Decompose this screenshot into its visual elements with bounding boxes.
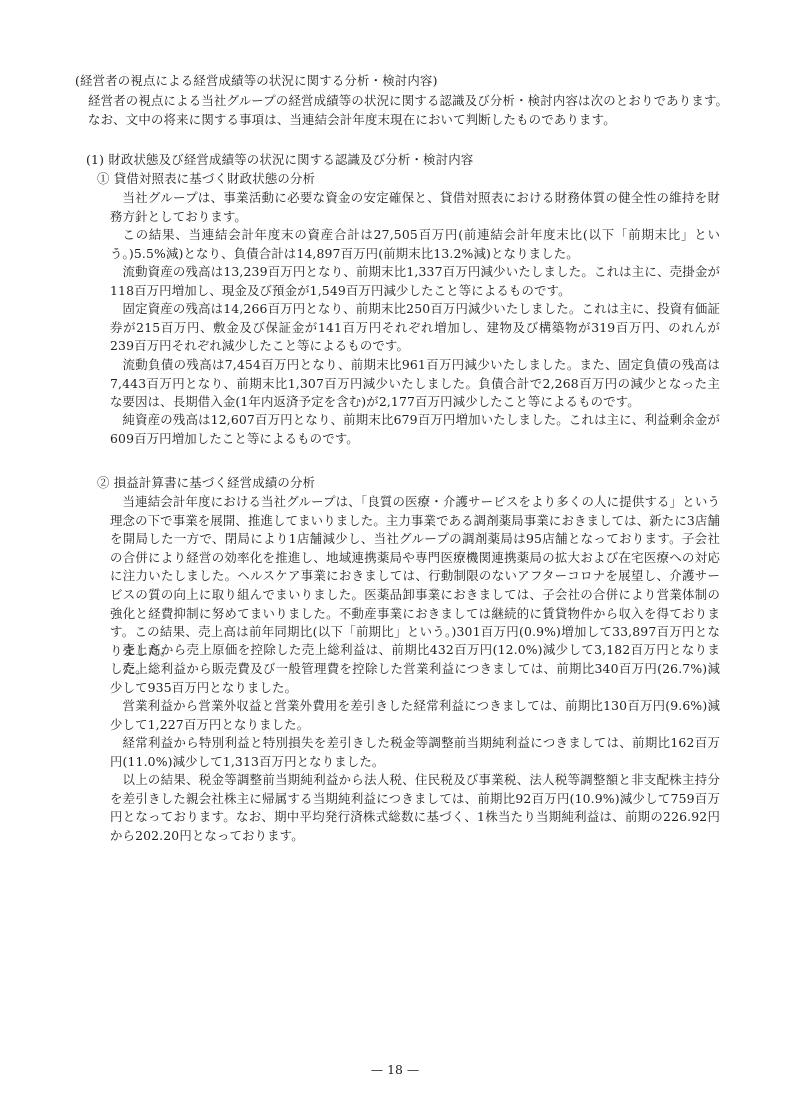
paragraph: 当社グループは、事業活動に必要な資金の安定確保と、貸借対照表における財務体質の健… <box>110 189 720 226</box>
paragraph: 流動資産の残高は13,239百万円となり、前期末比1,337百万円減少いたしまし… <box>110 263 720 300</box>
paragraph: 流動負債の残高は7,454百万円となり、前期末比961百万円減少いたしました。ま… <box>110 356 720 412</box>
subsection-title: (1) 財政状態及び経営成績等の状況に関する認識及び分析・検討内容 <box>86 151 473 169</box>
page-number: — 18 — <box>0 1061 790 1079</box>
paragraph: この結果、当連結会計年度末の資産合計は27,505百万円(前連結会計年度末比(以… <box>110 226 720 263</box>
paragraph: 営業利益から営業外収益と営業外費用を差引きした経常利益につきましては、前期比13… <box>110 697 720 734</box>
intro-line: なお、文中の将来に関する事項は、当連結会計年度末現在において判断したものでありま… <box>88 111 616 129</box>
paragraph: 純資産の残高は12,607百万円となり、前期末比679百万円増加いたしました。こ… <box>110 411 720 448</box>
paragraph: 当連結会計年度における当社グループは、「良質の医療・介護サービスをより多くの人に… <box>110 493 720 660</box>
analysis-title-income-statement: ② 損益計算書に基づく経営成績の分析 <box>97 474 315 492</box>
paragraph: 以上の結果、税金等調整前当期純利益から法人税、住民税及び事業税、法人税等調整額と… <box>110 771 720 845</box>
paragraph: 売上総利益から販売費及び一般管理費を控除した営業利益につきましては、前期比340… <box>110 660 720 697</box>
paragraph: 経常利益から特別利益と特別損失を差引きした税金等調整前当期純利益につきましては、… <box>110 734 720 771</box>
analysis-title-balance-sheet: ① 貸借対照表に基づく財政状態の分析 <box>97 170 315 188</box>
section-heading: (経営者の視点による経営成績等の状況に関する分析・検討内容) <box>75 72 438 90</box>
document-page: (経営者の視点による経営成績等の状況に関する分析・検討内容) 経営者の視点による… <box>0 0 790 1118</box>
paragraph: 固定資産の残高は14,266百万円となり、前期末比250百万円減少いたしました。… <box>110 300 720 356</box>
intro-line: 経営者の視点による当社グループの経営成績等の状況に関する認識及び分析・検討内容は… <box>88 92 728 110</box>
